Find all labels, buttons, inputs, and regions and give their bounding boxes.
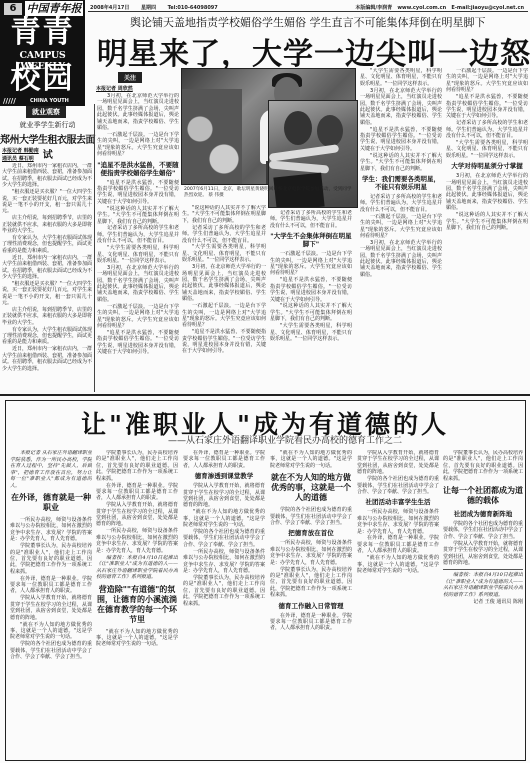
feature-minor-head: 社团活动丰富学生生活 — [357, 498, 439, 506]
photo-caption: 2007年6月11日，北京，歌坛明星黄晓明回母校北京电影学院参加活动，受到同学热… — [184, 187, 356, 199]
newspaper-page: 6 中国青年报 青青 CAMPUS WEEKLY 校园 CHINA YOUTH … — [0, 0, 530, 763]
side-story-byline: 本报记者 韩勤南 — [2, 147, 39, 154]
section-masthead: 6 中国青年报 青青 CAMPUS WEEKLY 校园 — [0, 0, 85, 100]
lead-byline: 本报记者 周欣然 — [96, 85, 133, 92]
page-number: 6 — [4, 3, 22, 15]
section-title-bottom: 校园 — [0, 62, 85, 96]
lead-subhead: 大学对待明星须分寸掌握 — [446, 162, 528, 170]
column-divider — [94, 104, 95, 392]
feature-subhead: 让每一个社团都成为道德的载体 — [443, 486, 523, 506]
feature-closing-byline: 记者 王俊 通讯员 陈刚 — [443, 599, 523, 605]
lead-headline: 明星来了，大学一边尖叫一边怒斥 — [97, 29, 530, 73]
feature-column-4: "就在不为人知的地方做优秀的事，这就是一个人的道德。"这是学院老师常对学生说的一… — [270, 450, 352, 758]
feature-intro: 本报记者 从石家庄外语翻译职业学院获悉，作为一所民办高校，学院在育人过程中，坚持… — [10, 450, 92, 489]
section-title-top: 青青 — [0, 17, 85, 49]
feature-subhead: 就在不为人知的地方做优秀的事，这就是一个人的道德 — [270, 473, 352, 503]
lead-story-column-2: "说这种话的人其实并不了解大学生。"大学生不可能集体拜倒在明星脚下，我们有自己的… — [182, 205, 266, 391]
lead-subhead: "大学生不会集体拜倒在明星脚下" — [270, 232, 352, 248]
side-story-tag: 就业观察 — [26, 106, 66, 118]
feature-column-6: 学院董事长认为，民办高校培养的是"准职业人"，他们走上工作岗位，首先要有良好的职… — [443, 450, 523, 758]
lead-subhead: 学生：我们需要各类明星，不能只有娱乐明星 — [360, 175, 442, 191]
lead-story-column-3: 记者采访了多所高校的学生和老师。学生们普遍认为，大学生追星并没有什么不可以，但不… — [270, 210, 352, 391]
feature-column-5: 学院从入学教育开始，就将德育贯穿于学生在校学习的全过程，从课堂到社团，从宿舍到食… — [357, 450, 439, 758]
feature-minor-head: 德育工作融入日常管理 — [270, 602, 352, 610]
lead-story-column-4: "大学生需要各类明星，科学明星、文化明星、体育明星，不能只有娱乐明星。"一位同学… — [360, 68, 442, 391]
feature-subhead: 营造除""有道德"的氛围，让德育的小溪流淌在德育教学的每一个环节里 — [96, 585, 178, 625]
side-story-body: 近日，郑州市内一家租衣店内，一群大学生前来租借西装、套裙，准备参加面试。在招聘季… — [2, 163, 92, 389]
lead-story-column-1: 3月初，在北京师范大学举行的一场明星见面会上，当红演员走进校园，数千名学生挤满了… — [97, 93, 179, 391]
lead-story-column-5: 一石激起千层浪。一边是台下学生的尖叫，一边是网络上对"大学追星"现象的怒斥。大学… — [446, 68, 528, 391]
lead-tag: 关注 — [118, 72, 142, 83]
side-story-byline: 通讯员 蔡石明 — [2, 155, 34, 162]
feature-minor-head: 德育渗透到课堂教学 — [183, 472, 265, 480]
feature-subtitle: ——从石家庄外语翻译职业学院看民办高校的德育工作之二 — [0, 433, 530, 446]
feature-minor-head: 把德育放在首位 — [270, 529, 352, 537]
feature-subhead: 在外译，德育就是一种职业 — [10, 493, 92, 513]
decorative-slashes: ///// — [3, 96, 16, 106]
lead-subhead: "追星不是洪水猛兽，不要随便指责学校媚俗学生媚俗" — [97, 161, 179, 177]
section-divider — [0, 394, 530, 396]
header-divider — [88, 11, 528, 12]
lead-kicker: 舆论铺天盖地指责学校媚俗学生媚俗 学生直言不可能集体拜倒在明星脚下 — [130, 14, 486, 30]
dateline: 2008年4月17日 星期四 Tel:010-64098097 — [90, 4, 228, 11]
feature-column-1: 本报记者 从石家庄外语翻译职业学院获悉，作为一所民办高校，学院在育人过程中，坚持… — [10, 450, 92, 758]
feature-column-2: 学院董事长认为，民办高校培养的是"准职业人"，他们走上工作岗位，首先要有良好的职… — [96, 450, 178, 758]
header-contact: 本版编辑/李润青 www.cyol.com.cn E-mail:jiaoyu@c… — [355, 4, 524, 11]
feature-minor-head: 社团成为德育新阵地 — [443, 510, 523, 518]
newspaper-logo: 中国青年报 — [25, 1, 83, 16]
feature-endnote: 编者按：本报自4月10日起推出《让"准职业人"成为有道德的人——从石家庄外语翻译… — [443, 572, 523, 598]
side-story-kicker: 就业季学生新行动 — [0, 120, 95, 130]
feature-column-3: 在外译，德育是一种职业。学院要求每一位教职员工都是德育工作者，人人都承担育人的职… — [183, 450, 265, 758]
